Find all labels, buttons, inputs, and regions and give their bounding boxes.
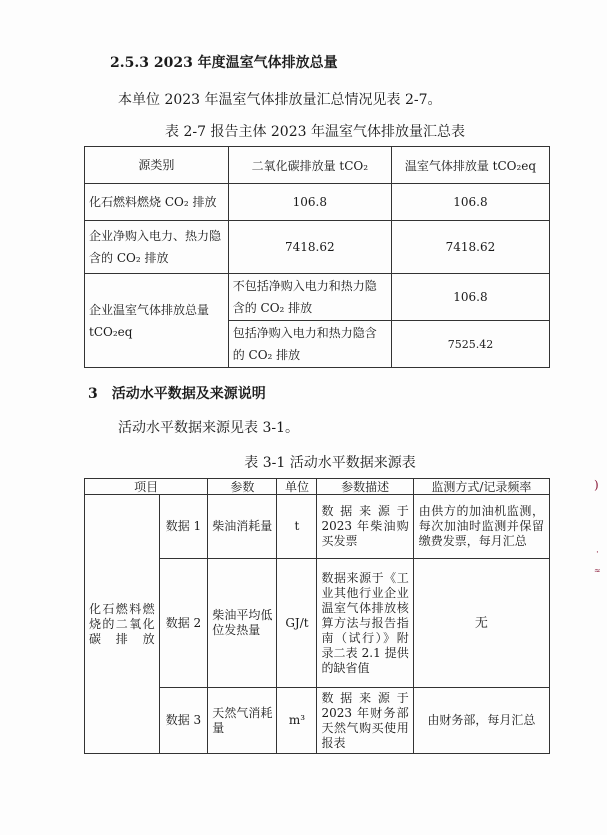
monitor-method: 由财务部，每月汇总 xyxy=(413,688,549,754)
param: 柴油平均低位发热量 xyxy=(208,559,277,688)
table-header-row: 源类别 二氧化碳排放量 tCO₂ 温室气体排放量 tCO₂eq xyxy=(85,147,550,184)
row-source: 企业净购入电力、热力隐含的 CO₂ 排放 xyxy=(85,221,229,274)
monitor-method: 无 xyxy=(413,559,549,688)
header-item: 项目 xyxy=(85,479,208,495)
table-2-7: 源类别 二氧化碳排放量 tCO₂ 温室气体排放量 tCO₂eq 化石燃料燃烧 C… xyxy=(84,146,550,368)
section-heading-2-5-3: 2.5.3 2023 年度温室气体排放总量 xyxy=(110,52,338,72)
table-3-1: 项目 参数 单位 参数描述 监测方式/记录频率 化石燃料燃烧的二氧化碳排放 数据… xyxy=(84,478,550,754)
table-row: 化石燃料燃烧的二氧化碳排放 数据 1 柴油消耗量 t 数据来源于 2023 年柴… xyxy=(85,495,550,559)
header-co2: 二氧化碳排放量 tCO₂ xyxy=(228,147,391,184)
unit: t xyxy=(277,495,317,559)
document-page: 2.5.3 2023 年度温室气体排放总量 本单位 2023 年温室气体排放量汇… xyxy=(0,0,607,835)
seal-mark-fragment: · xyxy=(596,548,599,558)
param: 柴油消耗量 xyxy=(208,495,277,559)
row-co2-value: 7418.62 xyxy=(228,221,391,274)
section-heading-3: 3活动水平数据及来源说明 xyxy=(88,383,266,403)
data-id: 数据 3 xyxy=(159,688,208,754)
row-co2eq-value: 7418.62 xyxy=(391,221,549,274)
table-2-7-caption: 表 2-7 报告主体 2023 年温室气体排放量汇总表 xyxy=(150,121,480,141)
section-3-intro: 活动水平数据来源见表 3-1。 xyxy=(118,417,299,437)
group-label: 化石燃料燃烧的二氧化碳排放 xyxy=(85,495,160,754)
total-sub-desc: 包括净购入电力和热力隐含的 CO₂ 排放 xyxy=(228,321,391,368)
total-sub-value: 106.8 xyxy=(391,274,549,321)
param-desc: 数据来源于 2023 年柴油购买发票 xyxy=(317,495,413,559)
table-row: 化石燃料燃烧 CO₂ 排放 106.8 106.8 xyxy=(85,184,550,221)
unit: GJ/t xyxy=(277,559,317,688)
table-3-1-caption: 表 3-1 活动水平数据来源表 xyxy=(180,452,480,472)
header-co2eq: 温室气体排放量 tCO₂eq xyxy=(391,147,549,184)
data-id: 数据 1 xyxy=(159,495,208,559)
param-desc: 数据来源于《工业其他行业企业温室气体排放核算方法与报告指南（试行）》附录二表 2… xyxy=(317,559,413,688)
table-row: 企业净购入电力、热力隐含的 CO₂ 排放 7418.62 7418.62 xyxy=(85,221,550,274)
header-monitor: 监测方式/记录频率 xyxy=(413,479,549,495)
header-source-category: 源类别 xyxy=(85,147,229,184)
header-unit: 单位 xyxy=(277,479,317,495)
total-label: 企业温室气体排放总量 tCO₂eq xyxy=(85,274,229,368)
table-row-total-excl: 企业温室气体排放总量 tCO₂eq 不包括净购入电力和热力隐含的 CO₂ 排放 … xyxy=(85,274,550,321)
seal-mark-fragment: ≈ xyxy=(594,566,601,575)
total-sub-value: 7525.42 xyxy=(391,321,549,368)
data-id: 数据 2 xyxy=(159,559,208,688)
total-sub-desc: 不包括净购入电力和热力隐含的 CO₂ 排放 xyxy=(228,274,391,321)
param-desc: 数据来源于 2023 年财务部天然气购买使用报表 xyxy=(317,688,413,754)
unit: m³ xyxy=(277,688,317,754)
header-desc: 参数描述 xyxy=(317,479,413,495)
seal-mark-fragment: ) xyxy=(594,478,599,492)
section-2-5-3-intro: 本单位 2023 年温室气体排放量汇总情况见表 2-7。 xyxy=(118,89,442,109)
row-co2eq-value: 106.8 xyxy=(391,184,549,221)
section-number: 3 xyxy=(88,386,98,402)
row-co2-value: 106.8 xyxy=(228,184,391,221)
section-title: 活动水平数据及来源说明 xyxy=(112,386,266,402)
monitor-method: 由供方的加油机监测，每次加油时监测并保留缴费发票，每月汇总 xyxy=(413,495,549,559)
table-header-row: 项目 参数 单位 参数描述 监测方式/记录频率 xyxy=(85,479,550,495)
header-param: 参数 xyxy=(208,479,277,495)
row-source: 化石燃料燃烧 CO₂ 排放 xyxy=(85,184,229,221)
param: 天然气消耗量 xyxy=(208,688,277,754)
